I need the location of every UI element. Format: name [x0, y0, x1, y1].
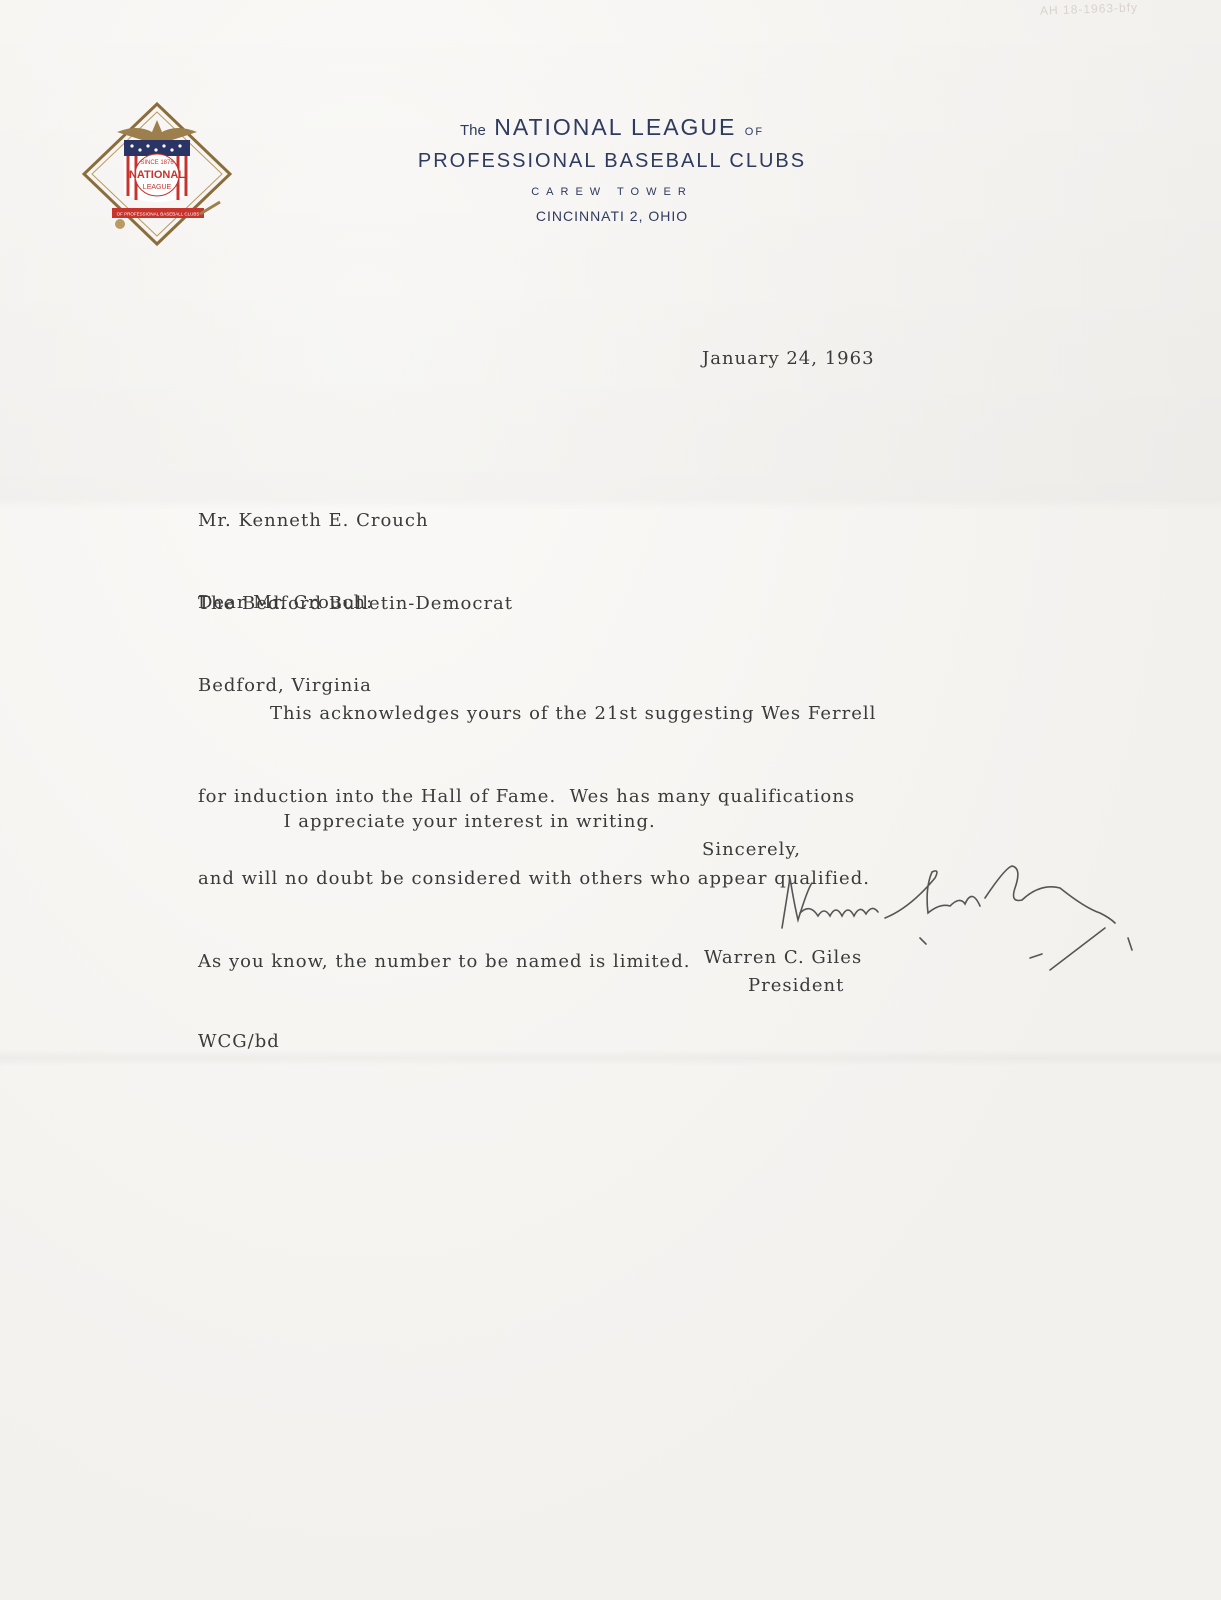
svg-text:OF PROFESSIONAL BASEBALL CLUBS: OF PROFESSIONAL BASEBALL CLUBS	[117, 212, 200, 217]
reference-initials: WCG/bd	[198, 1028, 280, 1056]
svg-text:NATIONAL: NATIONAL	[129, 169, 185, 181]
letterhead: The NATIONAL LEAGUE OF PROFESSIONAL BASE…	[392, 112, 832, 227]
svg-text:SINCE 1876: SINCE 1876	[140, 160, 174, 166]
signer-title: President	[748, 972, 844, 1000]
letter-date: January 24, 1963	[702, 345, 875, 373]
letterhead-city: CINCINNATI 2, OHIO	[392, 205, 832, 227]
national-league-emblem-icon: SINCE 1876 NATIONAL LEAGUE OF PROFESSION…	[82, 102, 232, 247]
letterhead-building: CAREW TOWER	[392, 179, 832, 205]
letterhead-title: The NATIONAL LEAGUE OF	[392, 112, 832, 147]
letterhead-subtitle: PROFESSIONAL BASEBALL CLUBS	[392, 147, 832, 175]
letterhead-the: The	[460, 122, 486, 139]
body-paragraph-2: I appreciate your interest in writing.	[198, 780, 656, 835]
letterhead-of: OF	[745, 126, 764, 138]
letterhead-national-league: NATIONAL LEAGUE	[494, 114, 736, 140]
signer-name: Warren C. Giles	[704, 944, 862, 972]
paragraph-line: This acknowledges yours of the 21st sugg…	[270, 703, 876, 724]
svg-text:LEAGUE: LEAGUE	[143, 184, 172, 191]
recipient-name: Mr. Kenneth E. Crouch	[198, 507, 513, 535]
paragraph-line: I appreciate your interest in writing.	[283, 811, 655, 832]
archive-pencil-note: AH 18-1963-bfy	[1040, 0, 1138, 17]
salutation: Dear Mr. Crouch:	[198, 589, 373, 617]
